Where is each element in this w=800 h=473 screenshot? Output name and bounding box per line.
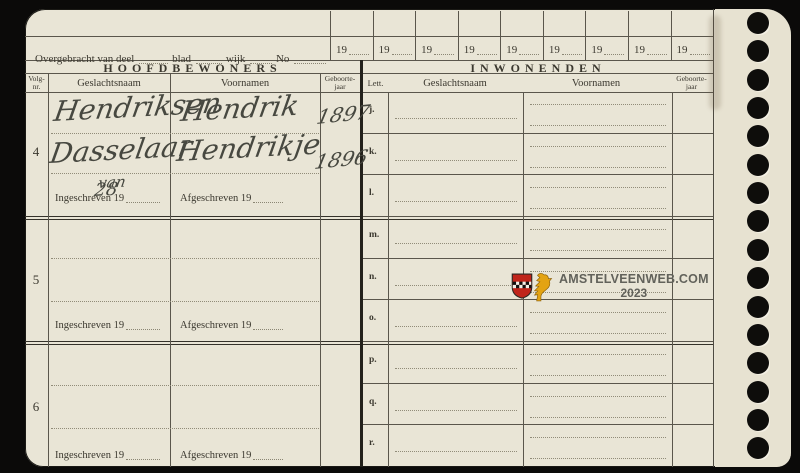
year-cell: 19 <box>373 11 416 60</box>
dotted-blank <box>434 45 454 55</box>
lion-icon <box>529 270 555 302</box>
punch-strip <box>715 9 791 467</box>
watermark-text: AMSTELVEENWEB.COM 2023 <box>559 272 709 300</box>
dotted-blank <box>604 45 624 55</box>
year-columns: 19 19 19 19 19 19 19 19 19 <box>330 11 713 60</box>
ingeschreven-year-value: 28 <box>93 181 119 200</box>
entry-firstname: Hendrikje <box>175 131 322 166</box>
inwonenden-row: o. <box>363 300 713 342</box>
geboortejaar-line2: jaar <box>334 82 345 91</box>
entry-rule <box>530 250 666 251</box>
hoofdbewoners-title: HOOFDBEWONERS <box>25 61 360 73</box>
voornamen-cell <box>524 175 673 216</box>
entry-rule <box>530 167 666 168</box>
year-cell: 19 <box>330 11 373 60</box>
punch-hole <box>747 182 769 204</box>
punch-hole <box>747 239 769 261</box>
punch-hole <box>747 296 769 318</box>
letter-cell: m. <box>363 217 389 258</box>
dotted-blank <box>392 45 412 55</box>
geslachtsnaam-cell <box>389 92 524 133</box>
entry-rule <box>530 208 666 209</box>
year-label: 19 <box>549 44 560 56</box>
dotted-blank <box>647 45 667 55</box>
entry-rule <box>395 243 517 244</box>
afgeschreven-text: Afgeschreven 19 <box>180 193 251 204</box>
dotted-blank <box>349 45 369 55</box>
voornamen-cell <box>524 217 673 258</box>
entry-rule <box>395 451 517 452</box>
column-header-voornamen-inw: Voornamen <box>522 74 670 92</box>
geboortejaar-inw-line2: jaar <box>686 82 697 91</box>
inwonenden-row: k. <box>363 134 713 176</box>
letter-label: m. <box>369 230 379 240</box>
scan-stain <box>709 15 721 110</box>
dotted-blank <box>253 320 283 330</box>
geslachtsnaam-cell <box>389 342 524 383</box>
letter-label: p. <box>369 355 377 365</box>
punch-hole <box>747 125 769 147</box>
entry-rule <box>530 146 666 147</box>
geboortejaar-cell <box>673 92 713 133</box>
entry-rule <box>395 118 517 119</box>
punch-hole <box>747 40 769 62</box>
punch-hole <box>747 69 769 91</box>
register-card: 19 19 19 19 19 19 19 19 19 Overgebracht … <box>25 9 791 467</box>
dotted-blank <box>126 320 160 330</box>
entry-rule <box>395 326 517 327</box>
column-header-geboortejaar: Geboorte- jaar <box>320 74 360 92</box>
punch-hole <box>747 324 769 346</box>
entry-rule <box>530 312 666 313</box>
entry-rule <box>395 160 517 161</box>
entry-rule <box>530 375 666 376</box>
letter-label: k. <box>369 147 377 157</box>
inwonenden-row: j. <box>363 92 713 134</box>
entry-rule <box>395 285 517 286</box>
entry-rule <box>51 385 319 386</box>
letter-cell: j. <box>363 92 389 133</box>
entry-rule <box>530 125 666 126</box>
inwonenden-row: l. <box>363 175 713 217</box>
geslachtsnaam-cell <box>389 300 524 341</box>
year-label: 19 <box>421 44 432 56</box>
year-label: 19 <box>336 44 347 56</box>
punch-hole <box>747 12 769 34</box>
geboortejaar-cell <box>673 134 713 175</box>
voornamen-cell <box>524 134 673 175</box>
hoofdbewoner-block-6: 6 Ingeschreven 19 Afgeschreven 19 <box>25 342 360 467</box>
afgeschreven-label: Afgeschreven 19 <box>180 193 287 204</box>
letter-label: n. <box>369 272 377 282</box>
entry-rule <box>530 437 666 438</box>
ingeschreven-label: Ingeschreven 19 <box>55 450 164 461</box>
entry-surname: Dasselaar <box>48 133 194 168</box>
inwonenden-row: q. <box>363 384 713 426</box>
entry-rule <box>395 201 517 202</box>
column-header-geslachtsnaam-inw: Geslachtsnaam <box>388 74 522 92</box>
volgnr-line2: nr. <box>33 82 41 91</box>
entry-firstname: Hendrik <box>179 92 301 126</box>
afgeschreven-text: Afgeschreven 19 <box>180 450 251 461</box>
letter-label: q. <box>369 397 377 407</box>
afgeschreven-text: Afgeschreven 19 <box>180 320 251 331</box>
entry-rule <box>51 428 319 429</box>
geboortejaar-cell <box>673 217 713 258</box>
entry-rule <box>530 396 666 397</box>
entry-rule <box>530 104 666 105</box>
ingeschreven-label: Ingeschreven 19 <box>55 320 164 331</box>
geboortejaar-cell <box>673 342 713 383</box>
volgnr-value: 4 <box>25 144 47 160</box>
letter-cell: r. <box>363 425 389 467</box>
watermark-year-text: 2023 <box>559 286 709 300</box>
geboortejaar-cell <box>673 300 713 341</box>
entry-rule <box>51 258 319 259</box>
year-cell: 19 <box>628 11 671 60</box>
dotted-blank <box>253 450 283 460</box>
volgnr-value: 6 <box>25 399 47 415</box>
entry-rule <box>530 229 666 230</box>
dotted-blank <box>690 45 710 55</box>
entry-rule <box>51 173 319 174</box>
voornamen-cell <box>524 384 673 425</box>
watermark: AMSTELVEENWEB.COM 2023 <box>511 270 709 302</box>
volgnr-value: 5 <box>25 272 47 288</box>
entry-birthyear: 1896 <box>313 147 370 172</box>
geslachtsnaam-cell <box>389 425 524 467</box>
inwonenden-row: r. <box>363 425 713 467</box>
entry-rule <box>530 354 666 355</box>
entry-rule <box>530 333 666 334</box>
inwonenden-title: INWONENDEN <box>363 61 713 73</box>
voornamen-cell <box>524 92 673 133</box>
voornamen-cell <box>524 300 673 341</box>
punch-hole <box>747 267 769 289</box>
geboortejaar-cell <box>673 175 713 216</box>
punch-hole <box>747 210 769 232</box>
year-label: 19 <box>464 44 475 56</box>
hoofdbewoner-block-5: 5 Ingeschreven 19 Afgeschreven 19 <box>25 217 360 340</box>
geboortejaar-cell <box>673 425 713 467</box>
afgeschreven-label: Afgeschreven 19 <box>180 450 287 461</box>
dotted-blank <box>126 450 160 460</box>
geboortejaar-cell <box>673 384 713 425</box>
column-header-geboortejaar-inw: Geboorte- jaar <box>670 74 713 92</box>
dotted-blank <box>562 45 582 55</box>
entry-rule <box>530 417 666 418</box>
year-label: 19 <box>591 44 602 56</box>
column-header-volgnr: Volg- nr. <box>25 74 48 92</box>
watermark-site-text: AMSTELVEENWEB.COM <box>559 272 709 286</box>
punch-hole <box>747 352 769 374</box>
ingeschreven-text: Ingeschreven 19 <box>55 450 124 461</box>
entry-rule <box>51 301 319 302</box>
year-cell: 19 <box>500 11 543 60</box>
year-cell: 19 <box>585 11 628 60</box>
geslachtsnaam-cell <box>389 384 524 425</box>
letter-label: o. <box>369 313 376 323</box>
dotted-blank <box>253 193 283 203</box>
column-header-lett: Lett. <box>363 74 388 92</box>
voornamen-cell <box>524 425 673 467</box>
afgeschreven-label: Afgeschreven 19 <box>180 320 287 331</box>
dotted-blank <box>126 193 160 203</box>
entry-rule <box>395 410 517 411</box>
year-label: 19 <box>634 44 645 56</box>
geslachtsnaam-cell <box>389 217 524 258</box>
letter-label: j. <box>369 105 375 115</box>
year-cell: 19 <box>458 11 501 60</box>
hoofdbewoner-block-4: 4 Hendriksen Hendrik 1897 Dasselaar van … <box>25 92 360 215</box>
letter-cell: o. <box>363 300 389 341</box>
scanned-card-background: 19 19 19 19 19 19 19 19 19 Overgebracht … <box>0 0 800 473</box>
dotted-blank <box>477 45 497 55</box>
inwonenden-row: p. <box>363 342 713 384</box>
punch-hole <box>747 437 769 459</box>
entry-rule <box>530 458 666 459</box>
letter-cell: n. <box>363 259 389 300</box>
year-label: 19 <box>677 44 688 56</box>
dotted-blank <box>519 45 539 55</box>
punch-hole <box>747 381 769 403</box>
year-cell: 19 <box>543 11 586 60</box>
year-cell: 19 <box>415 11 458 60</box>
letter-cell: p. <box>363 342 389 383</box>
letter-cell: q. <box>363 384 389 425</box>
year-label: 19 <box>379 44 390 56</box>
letter-label: l. <box>369 188 374 198</box>
letter-cell: l. <box>363 175 389 216</box>
year-label: 19 <box>506 44 517 56</box>
inwonenden-row: m. <box>363 217 713 259</box>
letter-cell: k. <box>363 134 389 175</box>
letter-label: r. <box>369 438 375 448</box>
geslachtsnaam-cell <box>389 259 524 300</box>
punch-hole <box>747 154 769 176</box>
geslachtsnaam-cell <box>389 175 524 216</box>
ingeschreven-text: Ingeschreven 19 <box>55 320 124 331</box>
geslachtsnaam-cell <box>389 134 524 175</box>
year-cell: 19 <box>671 11 714 60</box>
voornamen-cell <box>524 342 673 383</box>
punch-hole <box>747 409 769 431</box>
punch-hole <box>747 97 769 119</box>
entry-rule <box>530 187 666 188</box>
entry-rule <box>395 368 517 369</box>
